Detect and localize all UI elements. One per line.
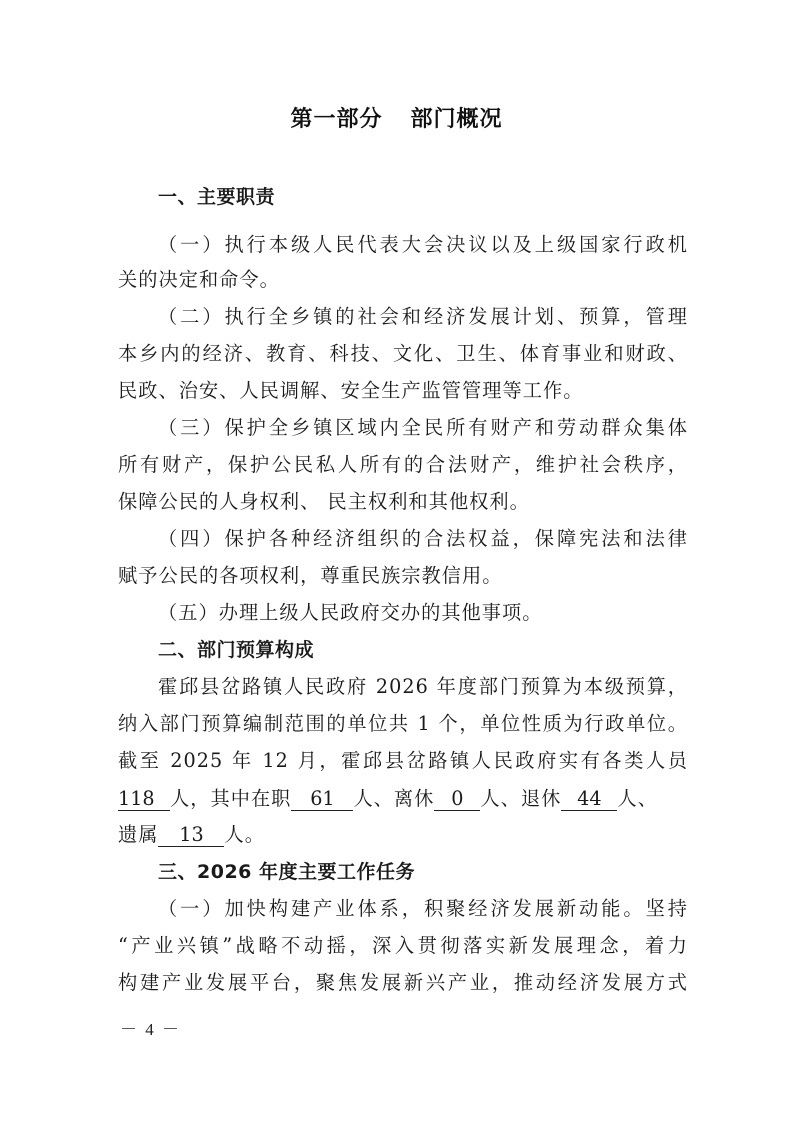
staff-text: 人、退休: [480, 787, 561, 810]
section-heading-duties: 一、主要职责: [158, 183, 688, 211]
paragraph-line: 所有财产，保护公民私人所有的合法财产，维护社会秩序，: [118, 451, 688, 479]
paragraph-line: 本乡内的经济、教育、科技、文化、卫生、体育事业和财政、: [118, 340, 688, 368]
staff-dependents: 13: [158, 824, 224, 847]
paragraph-line: （一）加快构建产业体系，积聚经济发展新动能。坚持: [158, 895, 688, 923]
paragraph-line: 民政、治安、人民调解、安全生产监管管理等工作。: [118, 377, 688, 405]
staff-text: 人，其中在职: [170, 787, 291, 810]
paragraph-line: 截至 2025 年 12 月，霍邱县岔路镇人民政府实有各类人员: [118, 747, 688, 775]
document-page: 第一部分部门概况 一、主要职责 （一）执行本级人民代表大会决议以及上级国家行政机…: [0, 0, 793, 1122]
paragraph-line: （二）执行全乡镇的社会和经济发展计划、预算，管理: [158, 303, 688, 331]
page-number: － 4 －: [120, 1015, 181, 1040]
staff-text: 人。: [224, 823, 264, 846]
paragraph-line: 赋予公民的各项权利，尊重民族宗教信用。: [118, 562, 688, 590]
paragraph-line: （四）保护各种经济组织的合法权益，保障宪法和法律: [158, 525, 688, 553]
staff-text: 遗属: [118, 823, 158, 846]
staff-count-line: 118人，其中在职61人、离休0人、退休44人、: [118, 785, 688, 813]
section-heading-tasks: 三、2026 年度主要工作任务: [158, 858, 688, 886]
paragraph-line: （三）保护全乡镇区域内全民所有财产和劳动群众集体: [158, 414, 688, 442]
staff-retired-cadre: 0: [434, 788, 480, 811]
staff-text: 人、: [617, 787, 657, 810]
title-part: 第一部分: [290, 107, 382, 132]
paragraph-line: 构建产业发展平台，聚焦发展新兴产业，推动经济发展方式: [118, 969, 688, 997]
paragraph-line: 关的决定和命令。: [118, 266, 688, 294]
staff-active: 61: [291, 788, 353, 811]
staff-text: 人、离休: [353, 787, 434, 810]
staff-total: 118: [118, 788, 170, 811]
paragraph-line: “产业兴镇”战略不动摇，深入贯彻落实新发展理念，着力: [118, 932, 688, 960]
paragraph-line: （一）执行本级人民代表大会决议以及上级国家行政机: [158, 231, 688, 259]
section-heading-budget: 二、部门预算构成: [158, 636, 688, 664]
dependents-line: 遗属13人。: [118, 821, 688, 849]
title-name: 部门概况: [411, 107, 503, 132]
staff-retired: 44: [561, 788, 617, 811]
paragraph-line: 纳入部门预算编制范围的单位共 1 个，单位性质为行政单位。: [118, 710, 688, 738]
page-title: 第一部分部门概况: [0, 102, 793, 133]
paragraph-line: 保障公民的人身权利、 民主权利和其他权利。: [118, 488, 688, 516]
paragraph-line: （五）办理上级人民政府交办的其他事项。: [158, 599, 688, 627]
paragraph-line: 霍邱县岔路镇人民政府 2026 年度部门预算为本级预算，: [158, 673, 688, 701]
